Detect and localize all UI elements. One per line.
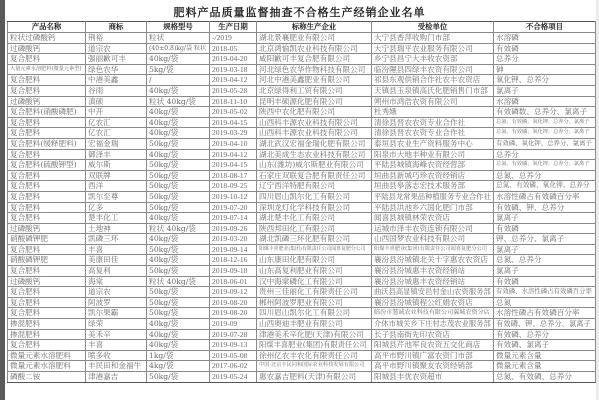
table-row: 复合肥料丰喜50kg/袋2019-09-14阳煤丰喜肥业(集团)有限责任公司闻喜… [8, 244, 596, 255]
production-date-cell: 2017-06-02 [210, 361, 257, 372]
failed-items-cell: 微量元素含量 [494, 350, 596, 361]
table-row: 复合肥料中港美鑫/2019-04-12河北中港美鑫肥业有限公司祁县东观供销合作社… [8, 75, 596, 86]
failed-items-cell: 总氮、总养分 [494, 255, 596, 266]
failed-items-cell: 有效磷、水溶性磷占有效磷百分率 [494, 287, 596, 298]
table-row: 复合肥料阿波罗50kg/袋2019-08-20郴州阿波罗肥业有限公司襄汾县汾城镇… [8, 297, 596, 308]
product-name-cell: 复合肥料 [8, 308, 86, 319]
trademark-cell: 丰喜 [86, 340, 147, 351]
failed-items-cell: 总养分 [494, 54, 596, 65]
table-row: 复合肥料亿多50kg/袋2019-07-20深圳龙灯化学科技有限公司平陆县洪池乡… [8, 202, 596, 213]
specification-cell: 50kg/袋 [147, 202, 210, 213]
manufacturer-cell: 湖北凯磷三环化肥有限公司 [257, 234, 372, 245]
inspected-unit-cell: 临汾市慧诚农业科技有限公司翼城农资分店 [372, 308, 494, 319]
specification-cell: 40kg/袋 [147, 340, 210, 351]
failed-items-cell: 氯离子 [494, 213, 596, 224]
specification-cell: 50kg/袋 [147, 191, 210, 202]
product-name-cell: 复合肥料(缓释肥料) [8, 138, 86, 149]
table-row: 粒状过磷酸钙荆裕粒状-/2019湖北景襄肥业有限公司大宁县香萍收购门市部水溶磷 [8, 33, 596, 44]
production-date-cell: 2019-03-20 [210, 234, 257, 245]
table-row: 硝酸磷钾肥美康田佳40kg/袋2018-12-16山东康田化肥有限公司襄汾县汾城… [8, 255, 596, 266]
production-date-cell: 2019-05-24 [210, 372, 257, 383]
failed-items-cell: 总氮 [494, 297, 596, 308]
manufacturer-cell: 石家庄双联复合肥有限责任公司 [257, 170, 372, 181]
product-name-cell: 复合肥料(硫酸钾型) [8, 160, 86, 171]
trademark-cell: 威尔斯 [86, 160, 147, 171]
inspected-unit-cell: 平陆县城镇海峰农资经营部 [372, 160, 494, 171]
table-row: 掺混肥料美禾辛40kg/袋2019-07-28津港美禾辛化肥(天津)有限公司长子… [8, 329, 596, 340]
trademark-cell: 丰喜 [86, 244, 147, 255]
table-row: 复合肥料凯尔果霸50kg/袋2019-08-20四川眉山凯尔化工有限公司临汾市慧… [8, 308, 596, 319]
product-name-cell: 复合肥料 [8, 117, 86, 128]
specification-cell: 40kg/袋 [147, 234, 210, 245]
production-date-cell: 2019-08-20 [210, 308, 257, 319]
failed-items-cell: 水溶性磷占有效磷百分率 [494, 191, 596, 202]
manufacturer-cell: 山西科丰源农业科技有限公司 [257, 128, 372, 139]
production-date-cell: 2019-04-15 [210, 117, 257, 128]
inspected-unit-cell: 平陆县龙常果品种植服务专业合作社 [372, 191, 494, 202]
failed-items-cell: 有效磷、氧化钾、总养分、氯离子 [494, 138, 596, 149]
column-header-specification: 规格型号 [147, 22, 210, 33]
inspected-unit-cell: 长子县南街先印农资店 [372, 329, 494, 340]
inspected-unit-cell: 垣曲县新城巧珍农资经销店 [372, 170, 494, 181]
table-row: 复合肥料亿农汇40kg/袋2019-04-15山西科丰源农业科技有限公司清徐县晋… [8, 117, 596, 128]
specification-cell: 40kg/袋 [147, 85, 210, 96]
manufacturer-cell: 湖北美成生态农业科技有限公司 [257, 149, 372, 160]
trademark-cell: 荆裕 [86, 33, 147, 44]
failed-items-cell: 水溶性磷占有效磷百分率 [494, 308, 596, 319]
specification-cell: 4kg/袋 [147, 361, 210, 372]
specification-cell: 粒状 [147, 33, 210, 44]
trademark-cell: 凯尔至尊 [86, 191, 147, 202]
manufacturer-cell: 湖北武汉宏福金瑞化肥有限公司 [257, 138, 372, 149]
product-name-cell: 复合肥料 [8, 85, 86, 96]
failed-items-cell: 有效磷 [494, 276, 596, 287]
specification-cell: 40kg/袋 [147, 117, 210, 128]
manufacturer-cell: 河北中港美鑫肥业有限公司 [257, 75, 372, 86]
specification-cell: 40kg/袋 [147, 255, 210, 266]
production-date-cell: 2018-08-17 [210, 170, 257, 181]
inspected-unit-cell: 运城市泽丰农资连锁有限公司 [372, 223, 494, 234]
failed-items-cell: 砷 [494, 64, 596, 75]
manufacturer-cell: 山西科丰源农业科技有限公司 [257, 117, 372, 128]
table-row: 复合肥料道宗农50kg/袋2019-09-12贵州三佳丽化工有限责任公司曲沃县高… [8, 287, 596, 298]
specification-cell: 50kg/袋 [147, 287, 210, 298]
production-date-cell: 2019-04-12 [210, 149, 257, 160]
trademark-cell: 丰民田和金福牛 [86, 361, 147, 372]
production-date-cell: 2019-05-28 [210, 85, 257, 96]
production-date-cell: 2018-11-10 [210, 96, 257, 107]
column-header-trademark: 商标 [86, 22, 147, 33]
failed-items-cell: 总氮、有效磷、氧化钾、总养分、氯离子 [494, 128, 596, 139]
production-date-cell: 2019-03-18 [210, 64, 257, 75]
inspected-unit-cell: 闻喜县城镇林荣农资店 [372, 213, 494, 224]
manufacturer-cell: 郴州阿波罗肥业有限公司 [257, 297, 372, 308]
inspected-unit-cell: 高平市野川镇聚友农资经销部 [372, 361, 494, 372]
trademark-cell: 海棠 [86, 276, 147, 287]
manufacturer-cell: 北京绿得利工贸有限公司 [257, 85, 372, 96]
manufacturer-cell: 津港美禾辛化肥(天津)有限公司 [257, 329, 372, 340]
product-name-cell: 复合肥料 [8, 202, 86, 213]
specification-cell: (40±0.8)kg/袋 粒状 [147, 43, 210, 54]
manufacturer-cell: 惠农嘉吉肥料(天津)有限公司 [257, 372, 372, 383]
production-date-cell: 2019-05-08 [210, 350, 257, 361]
trademark-cell: 强丽歉可丰 [86, 54, 147, 65]
manufacturer-cell: 昆明丰硕源化肥有限公司 [257, 96, 372, 107]
specification-cell: 粒状 40kg/袋 [147, 223, 210, 234]
table-row: 硝酸磷钾肥凯磷三环40kg/袋2019-03-20湖北凯磷三环化肥有限公司山西国… [8, 234, 596, 245]
table-row: 复合肥料西洋50kg/袋2018-09-25辽宁西洋特肥有限公司垣曲县皋落志宏技… [8, 181, 596, 192]
inspected-unit-cell: 曲沃县高显镇安邑村金山农资服务部 [372, 287, 494, 298]
manufacturer-cell: 山东高复利肥业有限公司 [257, 266, 372, 277]
failed-items-cell: 总养分 [494, 149, 596, 160]
specification-cell: 40kg/袋 [147, 213, 210, 224]
trademark-cell: 亿多 [86, 202, 147, 213]
failed-items-cell: 总氮、有效磷、氧化钾、总养分、氯离子 [494, 117, 596, 128]
inspected-unit-cell: 阳泉市大地丰种业有限公司 [372, 149, 494, 160]
manufacturer-cell: 中国·北京丰民同和国际农业科技发展有限公司 [257, 361, 372, 372]
trademark-cell: 亿农汇 [86, 117, 147, 128]
production-date-cell: 2019-04-20 [210, 54, 257, 65]
inspected-unit-cell: 山西国梦农业科技有限公司 [372, 234, 494, 245]
failed-items-cell: 氯离子 [494, 266, 596, 277]
production-date-cell: 2019-07-14 [210, 213, 257, 224]
inspected-unit-cell: 阳城县芹池军良农资五交化商店 [372, 340, 494, 351]
failed-items-cell: 水溶磷 [494, 33, 596, 44]
specification-cell: 50kg/袋 [147, 372, 210, 383]
specification-cell: 1kg/袋 [147, 350, 210, 361]
manufacturer-cell: 四川眉山凯尔化工有限公司 [257, 191, 372, 202]
table-row: 复合肥料御泽丰40kg/袋2019-04-12湖北美成生态农业科技有限公司阳泉市… [8, 149, 596, 160]
inspected-unit-cell: 大宁县香萍收购门市部 [372, 33, 494, 44]
trademark-cell: 喷多收 [86, 350, 147, 361]
table-row: 过磷酸钙海棠粒状 40kg/袋2018-06-01汉中海棠磷化工有限公司襄汾县汾… [8, 276, 596, 287]
trademark-cell: 绿荣 [86, 319, 147, 330]
failed-items-cell: 总氮、有效磷、氧化钾、总养分、氯离子 [494, 160, 596, 171]
production-date-cell: 2018-05 [210, 43, 257, 54]
product-name-cell: 复合肥料 [8, 213, 86, 224]
production-date-cell: 2018-06-01 [210, 276, 257, 287]
product-name-cell: 硝酸磷钾肥 [8, 234, 86, 245]
inspected-unit-cell: 清徐县晋农农资专业合作社 [372, 128, 494, 139]
table-row: 复合肥料亿农汇40kg/袋2019-03-29山西科丰源农业科技有限公司清徐县晋… [8, 128, 596, 139]
trademark-cell: 宏福金瑞 [86, 138, 147, 149]
production-date-cell: 2018-12-16 [210, 255, 257, 266]
table-row: 过磷酸钙道宗农(40±0.8)kg/袋 粒状2018-05北京鸿愉凯农业科技有限… [8, 43, 596, 54]
production-date-cell: 2019-07-20 [210, 202, 257, 213]
inspected-unit-cell: 乡宁县昌宁大丰收农资部 [372, 54, 494, 65]
failed-items-cell: 氯离子 [494, 85, 596, 96]
product-name-cell: 复合肥料 [8, 149, 86, 160]
column-header-production-date: 生产日期 [210, 22, 257, 33]
trademark-cell: 道宗农 [86, 43, 147, 54]
table-row: 磷酸二铵津港嘉吉50kg/袋2019-05-24惠农嘉吉肥料(天津)有限公司阳城… [8, 372, 596, 383]
product-name-cell: 掺混肥料 [8, 329, 86, 340]
specification-cell: 50kg/袋 [147, 244, 210, 255]
production-date-cell: 2019-09 [210, 319, 257, 330]
failed-items-cell: 有效磷 [494, 43, 596, 54]
column-header-manufacturer: 标称生产企业 [257, 22, 372, 33]
table-row: 复合肥料强丽歉可丰40kg/袋2019-04-20咸阳歉可丰复合肥有限公司乡宁县… [8, 54, 596, 65]
production-date-cell: 2019-07-28 [210, 329, 257, 340]
trademark-cell: 御泽丰 [86, 149, 147, 160]
manufacturer-cell: 四川眉山凯尔化工有限公司 [257, 308, 372, 319]
manufacturer-cell: 徐州亿农丰农化有限责任公司 [257, 350, 372, 361]
production-date-cell: 2019-03-29 [210, 128, 257, 139]
manufacturer-cell: 河北绿色农华作物科技有限公司 [257, 64, 372, 75]
inspected-unit-cell: 祁县东观供销合作社农丰农资店 [372, 75, 494, 86]
failed-items-cell: 总氮、总养分 [494, 170, 596, 181]
manufacturer-cell: 深圳龙灯化学科技有限公司 [257, 202, 372, 213]
inspected-unit-cell: 襄汾县汾城惠丰农资经销站 [372, 266, 494, 277]
failed-items-cell: 有效磷数、总养分、氯离子 [494, 107, 596, 118]
trademark-cell: 双联牌 [86, 170, 147, 181]
page-title: 肥料产品质量监督抽查不合格生产经销企业名单 [0, 4, 599, 18]
inspected-unit-cell: 阳煤丰喜肥业(集团)有限责任公司闻喜复肥分公司 [372, 244, 494, 255]
production-date-cell: 2019-04-12 [210, 75, 257, 86]
table-row: 微量元素水溶肥料丰民田和金福牛4kg/袋2017-06-02中国·北京丰民同和国… [8, 361, 596, 372]
table-row: 掺混肥料绿荣40kg/袋2019-09山西奥迪丰肥业有限公司介休市城关乡下庄村志… [8, 319, 596, 330]
table-body: 粒状过磷酸钙荆裕粒状-/2019湖北景襄肥业有限公司大宁县香萍收购门市部水溶磷过… [8, 33, 596, 383]
trademark-cell: 土地神 [86, 223, 147, 234]
left-edge-strip [0, 0, 5, 400]
manufacturer-cell: 湖北景襄肥业有限公司 [257, 33, 372, 44]
specification-cell: 50kg/袋 [147, 138, 210, 149]
production-date-cell: 2019-09-18 [210, 266, 257, 277]
table-row: 过磷酸钙滇硕粒状 40kg/袋2018-11-10昆明丰硕源化肥有限公司朔州市鸿… [8, 96, 596, 107]
manufacturer-cell: 山东(潍坊)威尔斯肥业有限公司 [257, 160, 372, 171]
specification-cell: 50kg/袋 [147, 308, 210, 319]
failed-items-cell: 总氮、有效磷、氧化钾、总养分 [494, 181, 596, 192]
specification-cell: 5kg/袋 [147, 64, 210, 75]
product-name-cell: 复合肥料 [8, 340, 86, 351]
trademark-cell: 津港嘉吉 [86, 372, 147, 383]
table-row: 微量元素水溶肥料喷多收1kg/袋2019-05-08徐州亿农丰农化有限责任公司高… [8, 350, 596, 361]
production-date-cell: 2019-04-10 [210, 138, 257, 149]
specification-cell: 40kg/袋 [147, 319, 210, 330]
inspected-unit-cell: 阳城县丰优农资超市 [372, 372, 494, 383]
product-name-cell: 复合肥料(硝酸磷肥) [8, 107, 86, 118]
trademark-cell: 凯磷三环 [86, 234, 147, 245]
table-row: 复合肥料(硝酸磷肥)中开40kg/袋2019-05-02陕西中农化肥有限公司杜秀… [8, 107, 596, 118]
product-name-cell: 复合肥料 [8, 170, 86, 181]
product-name-cell: 过磷酸钙 [8, 43, 86, 54]
production-date-cell: 2019-10-12 [210, 191, 257, 202]
product-name-cell: 复合肥料 [8, 181, 86, 192]
manufacturer-cell: 咸阳歉可丰复合肥有限公司 [257, 54, 372, 65]
product-name-cell: 复合肥料 [8, 297, 86, 308]
specification-cell: 50kg/袋 [147, 181, 210, 192]
trademark-cell: 凯尔果霸 [86, 308, 147, 319]
product-name-cell: 复合肥料 [8, 128, 86, 139]
noncompliant-enterprise-table: 产品名称 商标 规格型号 生产日期 标称生产企业 受检单位 不合格项目 粒状过磷… [7, 21, 596, 383]
column-header-product-name: 产品名称 [8, 22, 86, 33]
product-name-cell: 复合肥料 [8, 191, 86, 202]
inspected-unit-cell: 平陆县洪池乡六国化肥门市部 [372, 202, 494, 213]
specification-cell: 40kg/袋 [147, 54, 210, 65]
inspected-unit-cell: 杜秀娥 [372, 107, 494, 118]
inspected-unit-cell: 朔州市鸿浩农资有限公司 [372, 96, 494, 107]
trademark-cell: 美禾辛 [86, 329, 147, 340]
table-row: 过磷酸钙土地神粒状 40kg/袋2019-09-26陕西邦田化工有限公司运城市泽… [8, 223, 596, 234]
product-name-cell: 磷酸二铵 [8, 372, 86, 383]
manufacturer-cell: 陕西中农化肥有限公司 [257, 107, 372, 118]
failed-items-cell: 有效磷、钾、总养分 [494, 202, 596, 213]
product-name-cell: 复合肥料 [8, 287, 86, 298]
product-name-cell: 过磷酸钙 [8, 223, 86, 234]
specification-cell: 50kg/袋 [147, 160, 210, 171]
product-name-cell: 复合肥料 [8, 244, 86, 255]
specification-cell: 50kg/袋 [147, 170, 210, 181]
product-name-cell: 硝酸磷钾肥 [8, 255, 86, 266]
inspected-unit-cell: 天镇县玉泉镇高氏化肥销售门市部 [372, 85, 494, 96]
failed-items-cell: 氯离子 [494, 244, 596, 255]
inspected-unit-cell: 襄汾县汾城镇北关十字惠农农资店 [372, 255, 494, 266]
inspected-unit-cell: 介休市城关乡下庄村志茂农业服务部 [372, 319, 494, 330]
failed-items-cell: 微量元素含量 [494, 361, 596, 372]
production-date-cell: 2019-09-26 [210, 223, 257, 234]
trademark-cell: 道宗农 [86, 287, 147, 298]
specification-cell: 50kg/袋 [147, 297, 210, 308]
table-row: 大量元素水溶肥料(微量元素型)绿色农华5kg/袋2019-03-18河北绿色农华… [8, 64, 596, 75]
trademark-cell: 亿农汇 [86, 128, 147, 139]
table-row: 复合肥料楚丰化工40kg/袋2019-07-14湖北楚丰化工有限公司闻喜县城镇林… [8, 213, 596, 224]
production-date-cell: 2019-09-13 [210, 340, 257, 351]
trademark-cell: 美康田佳 [86, 255, 147, 266]
inspected-unit-cell: 高平市野川镇广富农资门市部 [372, 350, 494, 361]
trademark-cell: 绿色农华 [86, 64, 147, 75]
production-date-cell: 2019-04-15 [210, 160, 257, 171]
specification-cell: / [147, 75, 210, 86]
table-row: 复合肥料凯尔至尊50kg/袋2019-10-12四川眉山凯尔化工有限公司平陆县龙… [8, 191, 596, 202]
manufacturer-cell: 山西奥迪丰肥业有限公司 [257, 319, 372, 330]
failed-items-cell: 有效磷、总养分 [494, 329, 596, 340]
product-name-cell: 复合肥料 [8, 75, 86, 86]
specification-cell: 40kg/袋 [147, 149, 210, 160]
failed-items-cell: 钾、总养分、氯离子 [494, 234, 596, 245]
manufacturer-cell: 汉中海棠磷化工有限公司 [257, 276, 372, 287]
production-date-cell: 2019-05-02 [210, 107, 257, 118]
product-name-cell: 过磷酸钙 [8, 96, 86, 107]
inspected-unit-cell: 垣曲县皋落志宏技术服务部 [372, 181, 494, 192]
product-name-cell: 微量元素水溶肥料 [8, 350, 86, 361]
product-name-cell: 过磷酸钙 [8, 276, 86, 287]
failed-items-cell: 有效磷、钾、总养分、氯离子 [494, 319, 596, 330]
table-row: 复合肥料(硫酸钾型)威尔斯50kg/袋2019-04-15山东(潍坊)威尔斯肥业… [8, 160, 596, 171]
product-name-cell: 大量元素水溶肥料(微量元素型) [8, 64, 86, 75]
specification-cell: 粒状 40kg/袋 [147, 276, 210, 287]
inspected-unit-cell: 襄汾县汾城惠丰农资经销站 [372, 276, 494, 287]
table-row: 复合肥料高复利50kg/袋2019-09-18山东高复利肥业有限公司襄汾县汾城惠… [8, 266, 596, 277]
specification-cell: 50kg/袋 [147, 266, 210, 277]
manufacturer-cell: 湖北楚丰化工有限公司 [257, 213, 372, 224]
inspected-unit-cell: 临汾隰县四绿丰农资有限公司 [372, 64, 494, 75]
manufacturer-cell: 阳煤丰喜肥业(集团)有限责任公司 [257, 340, 372, 351]
trademark-cell: 楚丰化工 [86, 213, 147, 224]
production-date-cell: -/2019 [210, 33, 257, 44]
trademark-cell: 阿波罗 [86, 297, 147, 308]
trademark-cell: 西洋 [86, 181, 147, 192]
table-row: 复合肥料丰喜40kg/袋2019-09-13阳煤丰喜肥业(集团)有限责任公司阳城… [8, 340, 596, 351]
trademark-cell: 中港美鑫 [86, 75, 147, 86]
failed-items-cell: 水溶磷 [494, 96, 596, 107]
manufacturer-cell: 贵州三佳丽化工有限责任公司 [257, 287, 372, 298]
production-date-cell: 2019-08-20 [210, 297, 257, 308]
table-row: 复合肥料谷雨40kg/袋2019-05-28北京绿得利工贸有限公司天镇县玉泉镇高… [8, 85, 596, 96]
trademark-cell: 高复利 [86, 266, 147, 277]
product-name-cell: 掺混肥料 [8, 319, 86, 330]
product-name-cell: 粒状过磷酸钙 [8, 33, 86, 44]
failed-items-cell: 氧化钾、总养分 [494, 75, 596, 86]
inspected-unit-cell: 泰垣县农业生产资料服务中心 [372, 138, 494, 149]
trademark-cell: 中开 [86, 107, 147, 118]
failed-items-cell: 总氮、有效磷、总养分 [494, 372, 596, 383]
trademark-cell: 滇硕 [86, 96, 147, 107]
column-header-failed-items: 不合格项目 [494, 22, 596, 33]
specification-cell: 40kg/袋 [147, 128, 210, 139]
specification-cell: 40kg/袋 [147, 107, 210, 118]
production-date-cell: 2019-09-12 [210, 287, 257, 298]
column-header-inspected-unit: 受检单位 [372, 22, 494, 33]
production-date-cell: 2018-09-25 [210, 181, 257, 192]
table-row: 复合肥料(缓释肥料)宏福金瑞50kg/袋2019-04-10湖北武汉宏福金瑞化肥… [8, 138, 596, 149]
table-header-row: 产品名称 商标 规格型号 生产日期 标称生产企业 受检单位 不合格项目 [8, 22, 596, 33]
production-date-cell: 2019-09-14 [210, 244, 257, 255]
manufacturer-cell: 山东康田化肥有限公司 [257, 255, 372, 266]
product-name-cell: 复合肥料 [8, 54, 86, 65]
failed-items-cell: 有效磷、氯离子 [494, 340, 596, 351]
specification-cell: 粒状 40kg/袋 [147, 96, 210, 107]
trademark-cell: 谷雨 [86, 85, 147, 96]
inspected-unit-cell: 襄汾县汾城镇程公红娟农资店 [372, 297, 494, 308]
specification-cell: 40kg/袋 [147, 329, 210, 340]
table-row: 复合肥料双联牌50kg/袋2018-08-17石家庄双联复合肥有限责任公司垣曲县… [8, 170, 596, 181]
manufacturer-cell: 辽宁西洋特肥有限公司 [257, 181, 372, 192]
manufacturer-cell: 北京鸿愉凯农业科技有限公司 [257, 43, 372, 54]
product-name-cell: 微量元素水溶肥料 [8, 361, 86, 372]
inspected-unit-cell: 清徐县晋农农资专业合作社 [372, 117, 494, 128]
product-name-cell: 复合肥料 [8, 266, 86, 277]
inspected-unit-cell: 大宁县瑞平农业服务有限公司 [372, 43, 494, 54]
manufacturer-cell: 阳煤丰喜肥业(集团)有限责任公司闻喜复肥分公司 [257, 244, 372, 255]
failed-items-cell: 有效磷 [494, 223, 596, 234]
manufacturer-cell: 陕西邦田化工有限公司 [257, 223, 372, 234]
